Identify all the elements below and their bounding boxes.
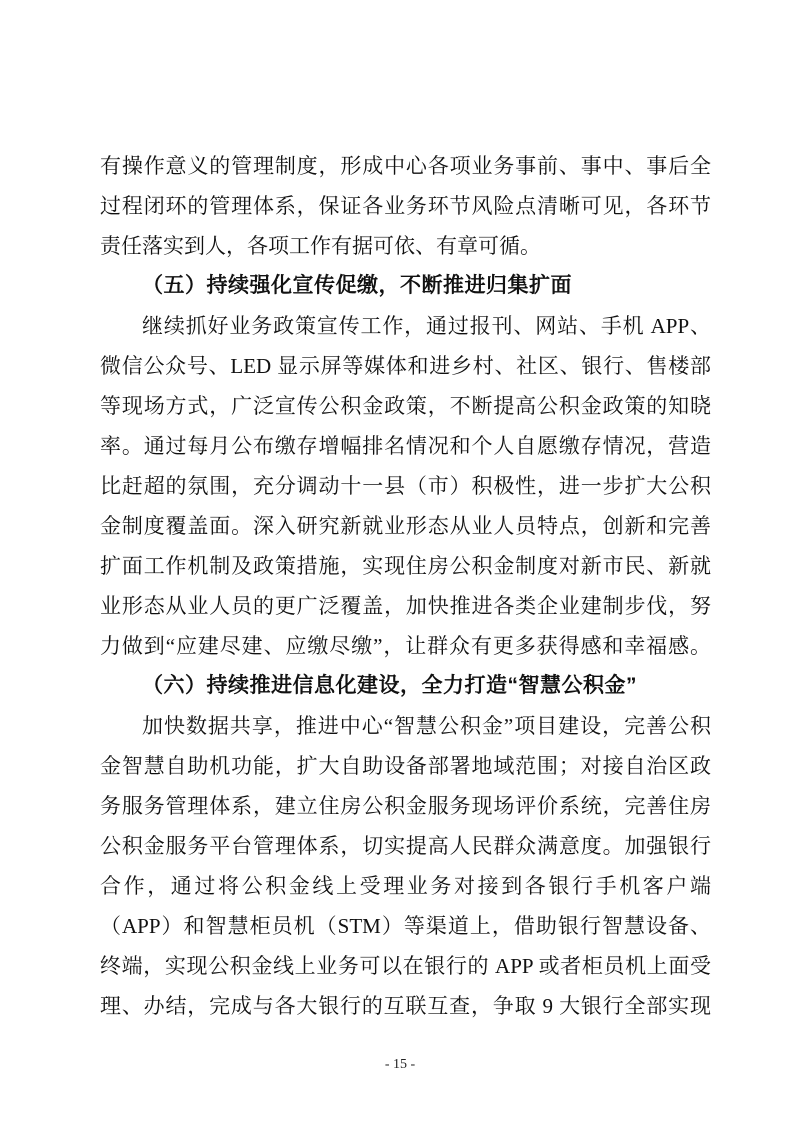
text-line: 公积金服务平台管理体系，切实提高人民群众满意度。加强银行 bbox=[100, 826, 711, 866]
text-line: 合作，通过将公积金线上受理业务对接到各银行手机客户端 bbox=[100, 866, 711, 906]
text-line: 微信公众号、LED 显示屏等媒体和进乡村、社区、银行、售楼部 bbox=[100, 346, 711, 386]
text-line: 理、办结，完成与各大银行的互联互查，争取 9 大银行全部实现 bbox=[100, 986, 711, 1026]
text-line: 有操作意义的管理制度，形成中心各项业务事前、事中、事后全 bbox=[100, 146, 711, 186]
text-line: 业形态从业人员的更广泛覆盖，加快推进各类企业建制步伐，努 bbox=[100, 586, 711, 626]
text-line: 加快数据共享，推进中心“智慧公积金”项目建设，完善公积 bbox=[100, 706, 711, 746]
document-body: 有操作意义的管理制度，形成中心各项业务事前、事中、事后全过程闭环的管理体系，保证… bbox=[100, 146, 711, 1026]
text-line: 扩面工作机制及政策措施，实现住房公积金制度对新市民、新就 bbox=[100, 546, 711, 586]
paragraph: 有操作意义的管理制度，形成中心各项业务事前、事中、事后全过程闭环的管理体系，保证… bbox=[100, 146, 711, 266]
document-page: 有操作意义的管理制度，形成中心各项业务事前、事中、事后全过程闭环的管理体系，保证… bbox=[0, 0, 800, 1132]
text-line: 终端，实现公积金线上业务可以在银行的 APP 或者柜员机上面受 bbox=[100, 946, 711, 986]
paragraph: 继续抓好业务政策宣传工作，通过报刊、网站、手机 APP、微信公众号、LED 显示… bbox=[100, 306, 711, 666]
text-line: 责任落实到人，各项工作有据可依、有章可循。 bbox=[100, 226, 711, 266]
section-heading: （五）持续强化宣传促缴，不断推进归集扩面 bbox=[100, 266, 711, 306]
text-line: 过程闭环的管理体系，保证各业务环节风险点清晰可见，各环节 bbox=[100, 186, 711, 226]
section-heading: （六）持续推进信息化建设，全力打造“智慧公积金” bbox=[100, 666, 711, 706]
text-line: 等现场方式，广泛宣传公积金政策，不断提高公积金政策的知晓 bbox=[100, 386, 711, 426]
paragraph: 加快数据共享，推进中心“智慧公积金”项目建设，完善公积金智慧自助机功能，扩大自助… bbox=[100, 706, 711, 1026]
text-line: 力做到“应建尽建、应缴尽缴”，让群众有更多获得感和幸福感。 bbox=[100, 626, 711, 666]
text-line: 率。通过每月公布缴存增幅排名情况和个人自愿缴存情况，营造 bbox=[100, 426, 711, 466]
text-line: 继续抓好业务政策宣传工作，通过报刊、网站、手机 APP、 bbox=[100, 306, 711, 346]
text-line: 金制度覆盖面。深入研究新就业形态从业人员特点，创新和完善 bbox=[100, 506, 711, 546]
text-line: （APP）和智慧柜员机（STM）等渠道上，借助银行智慧设备、 bbox=[100, 906, 711, 946]
page-number: - 15 - bbox=[0, 1056, 800, 1074]
text-line: 务服务管理体系，建立住房公积金服务现场评价系统，完善住房 bbox=[100, 786, 711, 826]
text-line: 比赶超的氛围，充分调动十一县（市）积极性，进一步扩大公积 bbox=[100, 466, 711, 506]
text-line: 金智慧自助机功能，扩大自助设备部署地域范围；对接自治区政 bbox=[100, 746, 711, 786]
